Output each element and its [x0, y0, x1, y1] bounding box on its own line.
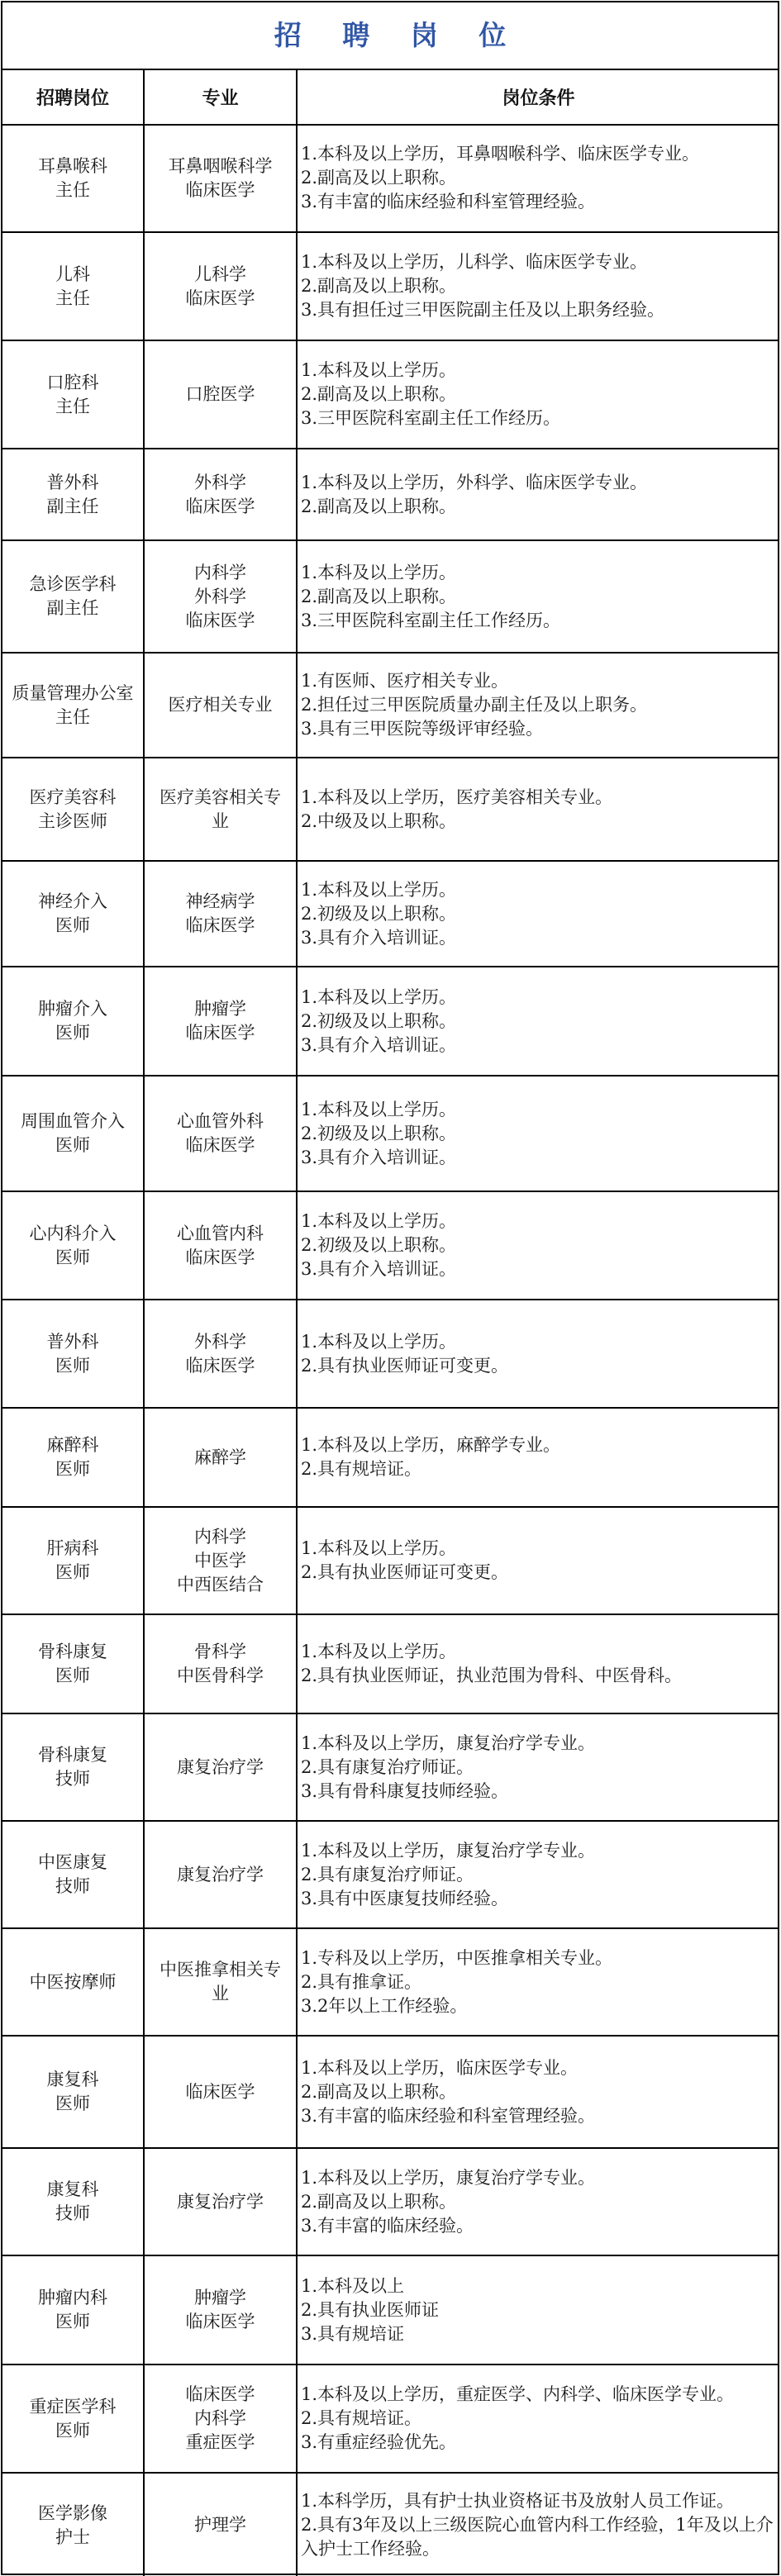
- position-cell-lines: 肿瘤内科医师: [38, 2286, 107, 2334]
- major-cell: 临床医学: [145, 2037, 298, 2147]
- conditions-cell-lines: 1.本科及以上学历，儿科学、临床医学专业。2.副高及以上职称。3.具有担任过三甲…: [301, 250, 664, 322]
- conditions-cell-lines: 1.本科及以上2.具有执业医师证3.具有规培证: [301, 2274, 439, 2346]
- position-cell-lines: 骨科康复技师: [38, 1743, 107, 1791]
- major-cell: 肿瘤学临床医学: [145, 967, 298, 1075]
- conditions-cell-lines: 1.本科及以上学历。2.具有执业医师证可变更。: [301, 1330, 508, 1378]
- major-cell-line: 临床医学: [177, 1134, 264, 1157]
- major-cell-line: 临床医学: [186, 2080, 255, 2104]
- position-cell-line: 主任: [38, 178, 107, 202]
- conditions-cell-lines: 1.本科及以上学历。2.具有执业医师证可变更。: [301, 1537, 508, 1585]
- table-row: 骨科康复医师骨科学中医骨科学1.本科及以上学历。2.具有执业医师证，执业范围为骨…: [2, 1615, 778, 1714]
- major-cell-line: 临床医学: [186, 1354, 255, 1378]
- position-cell-line: 技师: [38, 1767, 107, 1791]
- position-cell-lines: 医学影像护士: [38, 2502, 107, 2550]
- conditions-cell-lines: 1.本科及以上学历。2.初级及以上职称。3.具有介入培训证。: [301, 986, 456, 1057]
- conditions-cell: 1.本科及以上学历。2.副高及以上职称。3.三甲医院科室副主任工作经历。: [298, 541, 778, 652]
- conditions-cell-line: 2.副高及以上职称。: [301, 274, 664, 298]
- conditions-cell-lines: 1.本科及以上学历，耳鼻咽喉科学、临床医学专业。2.副高及以上职称。3.有丰富的…: [301, 142, 699, 214]
- conditions-cell-line: 2.具有推拿证。: [301, 1970, 612, 1994]
- position-cell-lines: 肿瘤介入医师: [38, 997, 107, 1045]
- major-cell: 临床医学内科学重症医学: [145, 2365, 298, 2472]
- major-cell-line: 肿瘤学: [186, 997, 255, 1021]
- conditions-cell-line: 1.本科及以上学历，重症医学、内科学、临床医学专业。: [301, 2383, 734, 2407]
- table-row: 麻醉科医师麻醉学1.本科及以上学历，麻醉学专业。2.具有规培证。: [2, 1409, 778, 1508]
- position-cell-line: 中医按摩师: [30, 1970, 117, 1994]
- conditions-cell-line: 1.本科及以上学历，医疗美容相关专业。: [301, 786, 612, 810]
- position-cell-line: 技师: [38, 1875, 107, 1899]
- conditions-cell-line: 3.2年以上工作经验。: [301, 1994, 612, 2018]
- major-cell-line: 临床医学: [186, 495, 255, 519]
- conditions-cell-line: 3.具有规培证: [301, 2322, 439, 2346]
- position-cell-line: 骨科康复: [38, 1743, 107, 1767]
- major-cell-lines: 心血管外科临床医学: [177, 1110, 264, 1157]
- position-cell: 医疗美容科主诊医师: [2, 758, 145, 860]
- major-cell: 康复治疗学: [145, 1822, 298, 1927]
- position-cell-line: 质量管理办公室: [12, 682, 134, 706]
- major-cell: 护理学: [145, 2474, 298, 2576]
- major-cell: 肿瘤学临床医学: [145, 2256, 298, 2364]
- position-cell-lines: 普外科副主任: [47, 471, 99, 519]
- conditions-cell-lines: 1.本科及以上学历。2.副高及以上职称。3.三甲医院科室副主任工作经历。: [301, 561, 560, 633]
- position-cell-line: 肿瘤介入: [38, 997, 107, 1021]
- major-cell-line: 临床医学: [186, 2383, 255, 2407]
- major-cell-lines: 耳鼻咽喉科学临床医学: [169, 154, 273, 202]
- major-cell-line: 临床医学: [186, 1021, 255, 1045]
- position-cell-line: 普外科: [47, 1330, 99, 1354]
- major-cell-lines: 肿瘤学临床医学: [186, 2286, 255, 2334]
- conditions-cell-line: 3.有重症经验优先。: [301, 2431, 734, 2455]
- position-cell: 医学影像护士: [2, 2474, 145, 2576]
- table-row: 医学影像护士护理学1.本科学历，具有护士执业资格证书及放射人员工作证。2.具有3…: [2, 2474, 778, 2576]
- position-cell: 骨科康复医师: [2, 1615, 145, 1713]
- conditions-cell-line: 1.本科及以上: [301, 2274, 439, 2298]
- position-cell-line: 副主任: [30, 596, 117, 620]
- major-cell: 外科学临床医学: [145, 449, 298, 539]
- conditions-cell-line: 3.具有介入培训证。: [301, 926, 456, 950]
- conditions-cell-lines: 1.本科及以上学历。2.初级及以上职称。3.具有介入培训证。: [301, 1098, 456, 1170]
- conditions-cell-line: 2.具有规培证。: [301, 2407, 734, 2431]
- position-cell: 急诊医学科副主任: [2, 541, 145, 652]
- conditions-cell-line: 2.具有康复治疗师证。: [301, 1756, 595, 1780]
- conditions-cell: 1.本科及以上学历。2.初级及以上职称。3.具有介入培训证。: [298, 1192, 778, 1299]
- conditions-cell-line: 2.具有康复治疗师证。: [301, 1863, 595, 1887]
- position-cell-line: 康复科: [47, 2068, 99, 2092]
- header-conditions: 岗位条件: [298, 70, 778, 124]
- major-cell-line: 内科学: [186, 2407, 255, 2431]
- conditions-cell-line: 2.副高及以上职称。: [301, 585, 560, 609]
- conditions-cell-line: 1.本科及以上学历，康复治疗学专业。: [301, 2166, 595, 2190]
- major-cell-line: 口腔医学: [186, 383, 255, 406]
- position-cell-line: 医疗美容科: [30, 786, 117, 810]
- major-cell-line: 中医推拿相关专: [160, 1958, 281, 1982]
- table-row: 耳鼻喉科主任耳鼻咽喉科学临床医学1.本科及以上学历，耳鼻咽喉科学、临床医学专业。…: [2, 125, 778, 233]
- position-cell-line: 医师: [30, 2419, 117, 2443]
- header-position: 招聘岗位: [2, 70, 145, 124]
- position-cell-line: 技师: [47, 2202, 99, 2226]
- conditions-cell-line: 2.具有执业医师证: [301, 2298, 439, 2322]
- major-cell-lines: 康复治疗学: [177, 1756, 264, 1780]
- conditions-cell-line: 2.副高及以上职称。: [301, 2080, 595, 2104]
- position-cell: 重症医学科医师: [2, 2365, 145, 2472]
- position-cell-lines: 耳鼻喉科主任: [38, 154, 107, 202]
- conditions-cell: 1.专科及以上学历，中医推拿相关专业。2.具有推拿证。3.2年以上工作经验。: [298, 1929, 778, 2035]
- position-cell-line: 口腔科: [47, 371, 99, 395]
- major-cell-lines: 外科学临床医学: [186, 471, 255, 519]
- position-cell: 肿瘤介入医师: [2, 967, 145, 1075]
- major-cell-line: 康复治疗学: [177, 2190, 264, 2214]
- conditions-cell-lines: 1.本科及以上学历，外科学、临床医学专业。2.副高及以上职称。: [301, 471, 647, 519]
- position-cell-lines: 康复科医师: [47, 2068, 99, 2116]
- major-cell-line: 中西医结合: [177, 1573, 264, 1597]
- conditions-cell-lines: 1.本科及以上学历。2.初级及以上职称。3.具有介入培训证。: [301, 878, 456, 950]
- conditions-cell: 1.本科及以上2.具有执业医师证3.具有规培证: [298, 2256, 778, 2364]
- position-cell-line: 医师: [21, 1134, 125, 1157]
- major-cell-lines: 儿科学临床医学: [186, 263, 255, 311]
- major-cell-line: 骨科学: [177, 1640, 264, 1664]
- recruitment-table: 招 聘 岗 位 招聘岗位 专业 岗位条件 耳鼻喉科主任耳鼻咽喉科学临床医学1.本…: [1, 1, 779, 2575]
- position-cell-line: 护士: [38, 2526, 107, 2550]
- major-cell-line: 心血管外科: [177, 1110, 264, 1134]
- table-row: 普外科医师外科学临床医学1.本科及以上学历。2.具有执业医师证可变更。: [2, 1300, 778, 1409]
- conditions-cell-line: 2.中级及以上职称。: [301, 810, 612, 834]
- conditions-cell-line: 1.本科及以上学历。: [301, 359, 560, 383]
- table-row: 肿瘤内科医师肿瘤学临床医学1.本科及以上2.具有执业医师证3.具有规培证: [2, 2256, 778, 2365]
- major-cell-line: 外科学: [186, 1330, 255, 1354]
- major-cell-lines: 康复治疗学: [177, 2190, 264, 2214]
- major-cell-line: 外科学: [186, 471, 255, 495]
- major-cell: 康复治疗学: [145, 2149, 298, 2255]
- position-cell-lines: 质量管理办公室主任: [12, 682, 134, 730]
- conditions-cell-lines: 1.本科学历，具有护士执业资格证书及放射人员工作证。2.具有3年及以上三级医院心…: [301, 2489, 776, 2561]
- conditions-cell-lines: 1.本科及以上学历，康复治疗学专业。2.具有康复治疗师证。3.具有中医康复技师经…: [301, 1839, 595, 1911]
- major-cell-lines: 康复治疗学: [177, 1863, 264, 1887]
- major-cell: 心血管外科临床医学: [145, 1077, 298, 1191]
- major-cell-lines: 骨科学中医骨科学: [177, 1640, 264, 1688]
- position-cell-line: 主任: [55, 287, 90, 311]
- position-cell-line: 医师: [47, 1457, 99, 1481]
- table-row: 肝病科医师内科学中医学中西医结合1.本科及以上学历。2.具有执业医师证可变更。: [2, 1508, 778, 1615]
- position-cell-line: 急诊医学科: [30, 573, 117, 596]
- major-cell-lines: 医疗美容相关专业: [160, 786, 281, 834]
- conditions-cell: 1.有医师、医疗相关专业。2.担任过三甲医院质量办副主任及以上职务。3.具有三甲…: [298, 654, 778, 757]
- table-row: 康复科技师康复治疗学1.本科及以上学历，康复治疗学专业。2.副高及以上职称。3.…: [2, 2149, 778, 2256]
- major-cell: 骨科学中医骨科学: [145, 1615, 298, 1713]
- conditions-cell: 1.本科及以上学历，康复治疗学专业。2.具有康复治疗师证。3.具有骨科康复技师经…: [298, 1714, 778, 1820]
- conditions-cell: 1.本科及以上学历。2.副高及以上职称。3.三甲医院科室副主任工作经历。: [298, 341, 778, 448]
- position-cell-lines: 肝病科医师: [47, 1537, 99, 1585]
- major-cell-line: 儿科学: [186, 263, 255, 287]
- position-cell-line: 康复科: [47, 2178, 99, 2202]
- conditions-cell: 1.本科及以上学历。2.具有执业医师证，执业范围为骨科、中医骨科。: [298, 1615, 778, 1713]
- position-cell-line: 心内科介入: [30, 1222, 117, 1246]
- major-cell-lines: 口腔医学: [186, 383, 255, 406]
- page-title: 招 聘 岗 位: [259, 14, 521, 53]
- conditions-cell-line: 2.副高及以上职称。: [301, 166, 699, 190]
- position-cell-line: 肝病科: [47, 1537, 99, 1561]
- position-cell-line: 神经介入: [38, 890, 107, 914]
- position-cell-line: 主任: [12, 706, 134, 730]
- conditions-cell: 1.本科及以上学历，外科学、临床医学专业。2.副高及以上职称。: [298, 449, 778, 539]
- conditions-cell-line: 2.具有规培证。: [301, 1457, 560, 1481]
- position-cell-line: 主任: [47, 395, 99, 419]
- table-row: 重症医学科医师临床医学内科学重症医学1.本科及以上学历，重症医学、内科学、临床医…: [2, 2365, 778, 2474]
- table-header-row: 招聘岗位 专业 岗位条件: [2, 70, 778, 126]
- position-cell: 口腔科主任: [2, 341, 145, 448]
- conditions-cell-lines: 1.本科及以上学历，麻醉学专业。2.具有规培证。: [301, 1433, 560, 1481]
- conditions-cell-line: 1.有医师、医疗相关专业。: [301, 669, 647, 693]
- conditions-cell: 1.本科及以上学历，康复治疗学专业。2.副高及以上职称。3.有丰富的临床经验。: [298, 2149, 778, 2255]
- position-cell-line: 医师: [38, 2310, 107, 2334]
- conditions-cell-line: 3.具有介入培训证。: [301, 1257, 456, 1281]
- position-cell: 周围血管介入医师: [2, 1077, 145, 1191]
- major-cell: 麻醉学: [145, 1409, 298, 1506]
- conditions-cell: 1.本科及以上学历，儿科学、临床医学专业。2.副高及以上职称。3.具有担任过三甲…: [298, 233, 778, 340]
- conditions-cell-line: 2.初级及以上职称。: [301, 902, 456, 926]
- conditions-cell-line: 1.本科及以上学历，儿科学、临床医学专业。: [301, 250, 664, 274]
- conditions-cell: 1.本科及以上学历。2.初级及以上职称。3.具有介入培训证。: [298, 1077, 778, 1191]
- position-cell-line: 周围血管介入: [21, 1110, 125, 1134]
- conditions-cell: 1.本科及以上学历，耳鼻咽喉科学、临床医学专业。2.副高及以上职称。3.有丰富的…: [298, 125, 778, 231]
- conditions-cell-line: 2.具有执业医师证可变更。: [301, 1354, 508, 1378]
- header-major: 专业: [145, 70, 298, 124]
- position-cell-line: 医师: [30, 1246, 117, 1270]
- conditions-cell-line: 3.具有担任过三甲医院副主任及以上职务经验。: [301, 298, 664, 322]
- conditions-cell-line: 1.本科及以上学历，临床医学专业。: [301, 2056, 595, 2080]
- major-cell-line: 重症医学: [186, 2431, 255, 2455]
- conditions-cell-line: 3.三甲医院科室副主任工作经历。: [301, 406, 560, 430]
- conditions-cell-line: 2.担任过三甲医院质量办副主任及以上职务。: [301, 693, 647, 717]
- major-cell-line: 临床医学: [186, 914, 255, 938]
- title-row: 招 聘 岗 位: [2, 2, 778, 70]
- conditions-cell: 1.本科及以上学历。2.初级及以上职称。3.具有介入培训证。: [298, 862, 778, 966]
- position-cell: 康复科技师: [2, 2149, 145, 2255]
- major-cell: 神经病学临床医学: [145, 862, 298, 966]
- table-row: 肿瘤介入医师肿瘤学临床医学1.本科及以上学历。2.初级及以上职称。3.具有介入培…: [2, 967, 778, 1077]
- major-cell-lines: 中医推拿相关专业: [160, 1958, 281, 2006]
- major-cell: 内科学外科学临床医学: [145, 541, 298, 652]
- major-cell-lines: 内科学外科学临床医学: [186, 561, 255, 633]
- major-cell-line: 中医骨科学: [177, 1664, 264, 1688]
- major-cell: 口腔医学: [145, 341, 298, 448]
- position-cell-lines: 重症医学科医师: [30, 2395, 117, 2443]
- position-cell: 普外科医师: [2, 1300, 145, 1407]
- major-cell-line: 心血管内科: [177, 1222, 264, 1246]
- major-cell-lines: 肿瘤学临床医学: [186, 997, 255, 1045]
- conditions-cell: 1.本科及以上学历，麻醉学专业。2.具有规培证。: [298, 1409, 778, 1506]
- conditions-cell-lines: 1.本科及以上学历。2.具有执业医师证，执业范围为骨科、中医骨科。: [301, 1640, 682, 1688]
- position-cell-lines: 骨科康复医师: [38, 1640, 107, 1688]
- position-cell-line: 医师: [38, 1021, 107, 1045]
- table-row: 中医按摩师中医推拿相关专业1.专科及以上学历，中医推拿相关专业。2.具有推拿证。…: [2, 1929, 778, 2037]
- position-cell-line: 重症医学科: [30, 2395, 117, 2419]
- position-cell-lines: 麻醉科医师: [47, 1433, 99, 1481]
- major-cell: 医疗美容相关专业: [145, 758, 298, 860]
- position-cell: 骨科康复技师: [2, 1714, 145, 1820]
- major-cell-lines: 临床医学: [186, 2080, 255, 2104]
- position-cell-line: 普外科: [47, 471, 99, 495]
- major-cell: 医疗相关专业: [145, 654, 298, 757]
- position-cell: 儿科主任: [2, 233, 145, 340]
- conditions-cell-line: 1.本科及以上学历。: [301, 561, 560, 585]
- conditions-cell-line: 1.本科及以上学历，外科学、临床医学专业。: [301, 471, 647, 495]
- table-row: 普外科副主任外科学临床医学1.本科及以上学历，外科学、临床医学专业。2.副高及以…: [2, 449, 778, 541]
- major-cell-line: 外科学: [186, 585, 255, 609]
- conditions-cell-line: 3.三甲医院科室副主任工作经历。: [301, 609, 560, 633]
- major-cell-line: 临床医学: [186, 287, 255, 311]
- conditions-cell-line: 2.副高及以上职称。: [301, 383, 560, 406]
- conditions-cell-line: 1.本科及以上学历。: [301, 1537, 508, 1561]
- major-cell-lines: 医疗相关专业: [169, 693, 273, 717]
- major-cell-line: 麻醉学: [194, 1446, 246, 1470]
- conditions-cell-lines: 1.本科及以上学历，重症医学、内科学、临床医学专业。2.具有规培证。3.有重症经…: [301, 2383, 734, 2455]
- major-cell: 外科学临床医学: [145, 1300, 298, 1407]
- major-cell-line: 临床医学: [169, 178, 273, 202]
- table-row: 康复科医师临床医学1.本科及以上学历，临床医学专业。2.副高及以上职称。3.有丰…: [2, 2037, 778, 2149]
- table-row: 儿科主任儿科学临床医学1.本科及以上学历，儿科学、临床医学专业。2.副高及以上职…: [2, 233, 778, 341]
- conditions-cell-lines: 1.本科及以上学历。2.副高及以上职称。3.三甲医院科室副主任工作经历。: [301, 359, 560, 430]
- major-cell-line: 康复治疗学: [177, 1756, 264, 1780]
- major-cell-line: 业: [160, 1982, 281, 2006]
- conditions-cell-lines: 1.本科及以上学历，康复治疗学专业。2.副高及以上职称。3.有丰富的临床经验。: [301, 2166, 595, 2238]
- conditions-cell-line: 2.初级及以上职称。: [301, 1233, 456, 1257]
- conditions-cell-line: 1.本科及以上学历。: [301, 1330, 508, 1354]
- position-cell-lines: 康复科技师: [47, 2178, 99, 2226]
- conditions-cell-lines: 1.本科及以上学历。2.初级及以上职称。3.具有介入培训证。: [301, 1210, 456, 1281]
- conditions-cell-lines: 1.本科及以上学历，临床医学专业。2.副高及以上职称。3.有丰富的临床经验和科室…: [301, 2056, 595, 2128]
- conditions-cell-lines: 1.有医师、医疗相关专业。2.担任过三甲医院质量办副主任及以上职务。3.具有三甲…: [301, 669, 647, 741]
- major-cell-line: 医疗相关专业: [169, 693, 273, 717]
- position-cell: 康复科医师: [2, 2037, 145, 2147]
- position-cell: 普外科副主任: [2, 449, 145, 539]
- position-cell-line: 骨科康复: [38, 1640, 107, 1664]
- position-cell-line: 医学影像: [38, 2502, 107, 2526]
- conditions-cell-line: 3.具有骨科康复技师经验。: [301, 1780, 595, 1804]
- conditions-cell: 1.本科及以上学历，重症医学、内科学、临床医学专业。2.具有规培证。3.有重症经…: [298, 2365, 778, 2472]
- position-cell-line: 医师: [47, 1561, 99, 1585]
- table-row: 医疗美容科主诊医师医疗美容相关专业1.本科及以上学历，医疗美容相关专业。2.中级…: [2, 758, 778, 862]
- position-cell-lines: 神经介入医师: [38, 890, 107, 938]
- position-cell-lines: 医疗美容科主诊医师: [30, 786, 117, 834]
- position-cell-line: 医师: [47, 1354, 99, 1378]
- major-cell-lines: 麻醉学: [194, 1446, 246, 1470]
- position-cell-lines: 中医康复技师: [38, 1851, 107, 1899]
- conditions-cell-line: 3.具有介入培训证。: [301, 1146, 456, 1170]
- conditions-cell: 1.本科及以上学历，临床医学专业。2.副高及以上职称。3.有丰富的临床经验和科室…: [298, 2037, 778, 2147]
- conditions-cell: 1.本科及以上学历，康复治疗学专业。2.具有康复治疗师证。3.具有中医康复技师经…: [298, 1822, 778, 1927]
- conditions-cell: 1.本科学历，具有护士执业资格证书及放射人员工作证。2.具有3年及以上三级医院心…: [298, 2474, 778, 2576]
- conditions-cell-line: 1.专科及以上学历，中医推拿相关专业。: [301, 1946, 612, 1970]
- major-cell-lines: 神经病学临床医学: [186, 890, 255, 938]
- conditions-cell-lines: 1.本科及以上学历，医疗美容相关专业。2.中级及以上职称。: [301, 786, 612, 834]
- position-cell: 肿瘤内科医师: [2, 2256, 145, 2364]
- position-cell: 神经介入医师: [2, 862, 145, 966]
- position-cell-line: 中医康复: [38, 1851, 107, 1875]
- position-cell-line: 副主任: [47, 495, 99, 519]
- position-cell: 质量管理办公室主任: [2, 654, 145, 757]
- conditions-cell-line: 3.有丰富的临床经验和科室管理经验。: [301, 2104, 595, 2128]
- major-cell-line: 内科学: [186, 561, 255, 585]
- major-cell-lines: 心血管内科临床医学: [177, 1222, 264, 1270]
- position-cell-line: 医师: [38, 914, 107, 938]
- major-cell-lines: 护理学: [194, 2513, 246, 2537]
- conditions-cell-line: 2.具有执业医师证可变更。: [301, 1561, 508, 1585]
- conditions-cell: 1.本科及以上学历。2.具有执业医师证可变更。: [298, 1300, 778, 1407]
- major-cell-line: 中医学: [177, 1549, 264, 1573]
- position-cell-line: 麻醉科: [47, 1433, 99, 1457]
- major-cell-line: 临床医学: [186, 609, 255, 633]
- major-cell: 中医推拿相关专业: [145, 1929, 298, 2035]
- table-row: 神经介入医师神经病学临床医学1.本科及以上学历。2.初级及以上职称。3.具有介入…: [2, 862, 778, 967]
- conditions-cell: 1.本科及以上学历。2.初级及以上职称。3.具有介入培训证。: [298, 967, 778, 1075]
- major-cell: 内科学中医学中西医结合: [145, 1508, 298, 1614]
- conditions-cell-line: 3.具有三甲医院等级评审经验。: [301, 717, 647, 741]
- conditions-cell-line: 1.本科及以上学历。: [301, 1210, 456, 1233]
- table-row: 心内科介入医师心血管内科临床医学1.本科及以上学历。2.初级及以上职称。3.具有…: [2, 1192, 778, 1300]
- major-cell: 儿科学临床医学: [145, 233, 298, 340]
- conditions-cell: 1.本科及以上学历。2.具有执业医师证可变更。: [298, 1508, 778, 1614]
- position-cell: 中医按摩师: [2, 1929, 145, 2035]
- major-cell-line: 临床医学: [177, 1246, 264, 1270]
- position-cell-line: 主诊医师: [30, 810, 117, 834]
- major-cell-line: 护理学: [194, 2513, 246, 2537]
- major-cell-lines: 临床医学内科学重症医学: [186, 2383, 255, 2455]
- position-cell-lines: 普外科医师: [47, 1330, 99, 1378]
- conditions-cell-line: 3.有丰富的临床经验。: [301, 2214, 595, 2238]
- conditions-cell-line: 2.具有3年及以上三级医院心血管内科工作经验，1年及以上介入护士工作经验。: [301, 2513, 776, 2561]
- major-cell-lines: 内科学中医学中西医结合: [177, 1525, 264, 1597]
- position-cell: 中医康复技师: [2, 1822, 145, 1927]
- major-cell: 康复治疗学: [145, 1714, 298, 1820]
- conditions-cell-line: 2.初级及以上职称。: [301, 1122, 456, 1146]
- conditions-cell-line: 2.副高及以上职称。: [301, 2190, 595, 2214]
- position-cell-lines: 心内科介入医师: [30, 1222, 117, 1270]
- major-cell: 耳鼻咽喉科学临床医学: [145, 125, 298, 231]
- conditions-cell-line: 1.本科及以上学历，麻醉学专业。: [301, 1433, 560, 1457]
- position-cell: 耳鼻喉科主任: [2, 125, 145, 231]
- major-cell-lines: 外科学临床医学: [186, 1330, 255, 1378]
- major-cell-line: 神经病学: [186, 890, 255, 914]
- conditions-cell-line: 1.本科及以上学历，耳鼻咽喉科学、临床医学专业。: [301, 142, 699, 166]
- position-cell-line: 儿科: [55, 263, 90, 287]
- conditions-cell-lines: 1.本科及以上学历，康复治疗学专业。2.具有康复治疗师证。3.具有骨科康复技师经…: [301, 1732, 595, 1804]
- conditions-cell-line: 2.初级及以上职称。: [301, 1010, 456, 1034]
- position-cell-line: 耳鼻喉科: [38, 154, 107, 178]
- major-cell-line: 临床医学: [186, 2310, 255, 2334]
- major-cell-line: 康复治疗学: [177, 1863, 264, 1887]
- conditions-cell-line: 1.本科及以上学历。: [301, 878, 456, 902]
- position-cell-line: 肿瘤内科: [38, 2286, 107, 2310]
- conditions-cell-line: 1.本科及以上学历。: [301, 1640, 682, 1664]
- position-cell: 肝病科医师: [2, 1508, 145, 1614]
- position-cell: 麻醉科医师: [2, 1409, 145, 1506]
- position-cell-lines: 口腔科主任: [47, 371, 99, 419]
- conditions-cell-line: 1.本科及以上学历，康复治疗学专业。: [301, 1839, 595, 1863]
- conditions-cell-line: 3.具有中医康复技师经验。: [301, 1887, 595, 1911]
- position-cell-lines: 中医按摩师: [30, 1970, 117, 1994]
- position-cell-lines: 周围血管介入医师: [21, 1110, 125, 1157]
- major-cell-line: 肿瘤学: [186, 2286, 255, 2310]
- major-cell-line: 医疗美容相关专: [160, 786, 281, 810]
- table-row: 质量管理办公室主任医疗相关专业1.有医师、医疗相关专业。2.担任过三甲医院质量办…: [2, 654, 778, 758]
- position-cell: 心内科介入医师: [2, 1192, 145, 1299]
- position-cell-line: 医师: [47, 2092, 99, 2116]
- conditions-cell-line: 1.本科及以上学历，康复治疗学专业。: [301, 1732, 595, 1756]
- position-cell-lines: 儿科主任: [55, 263, 90, 311]
- major-cell-line: 耳鼻咽喉科学: [169, 154, 273, 178]
- conditions-cell-line: 1.本科及以上学历。: [301, 1098, 456, 1122]
- conditions-cell-lines: 1.专科及以上学历，中医推拿相关专业。2.具有推拿证。3.2年以上工作经验。: [301, 1946, 612, 2018]
- conditions-cell-line: 1.本科学历，具有护士执业资格证书及放射人员工作证。: [301, 2489, 776, 2513]
